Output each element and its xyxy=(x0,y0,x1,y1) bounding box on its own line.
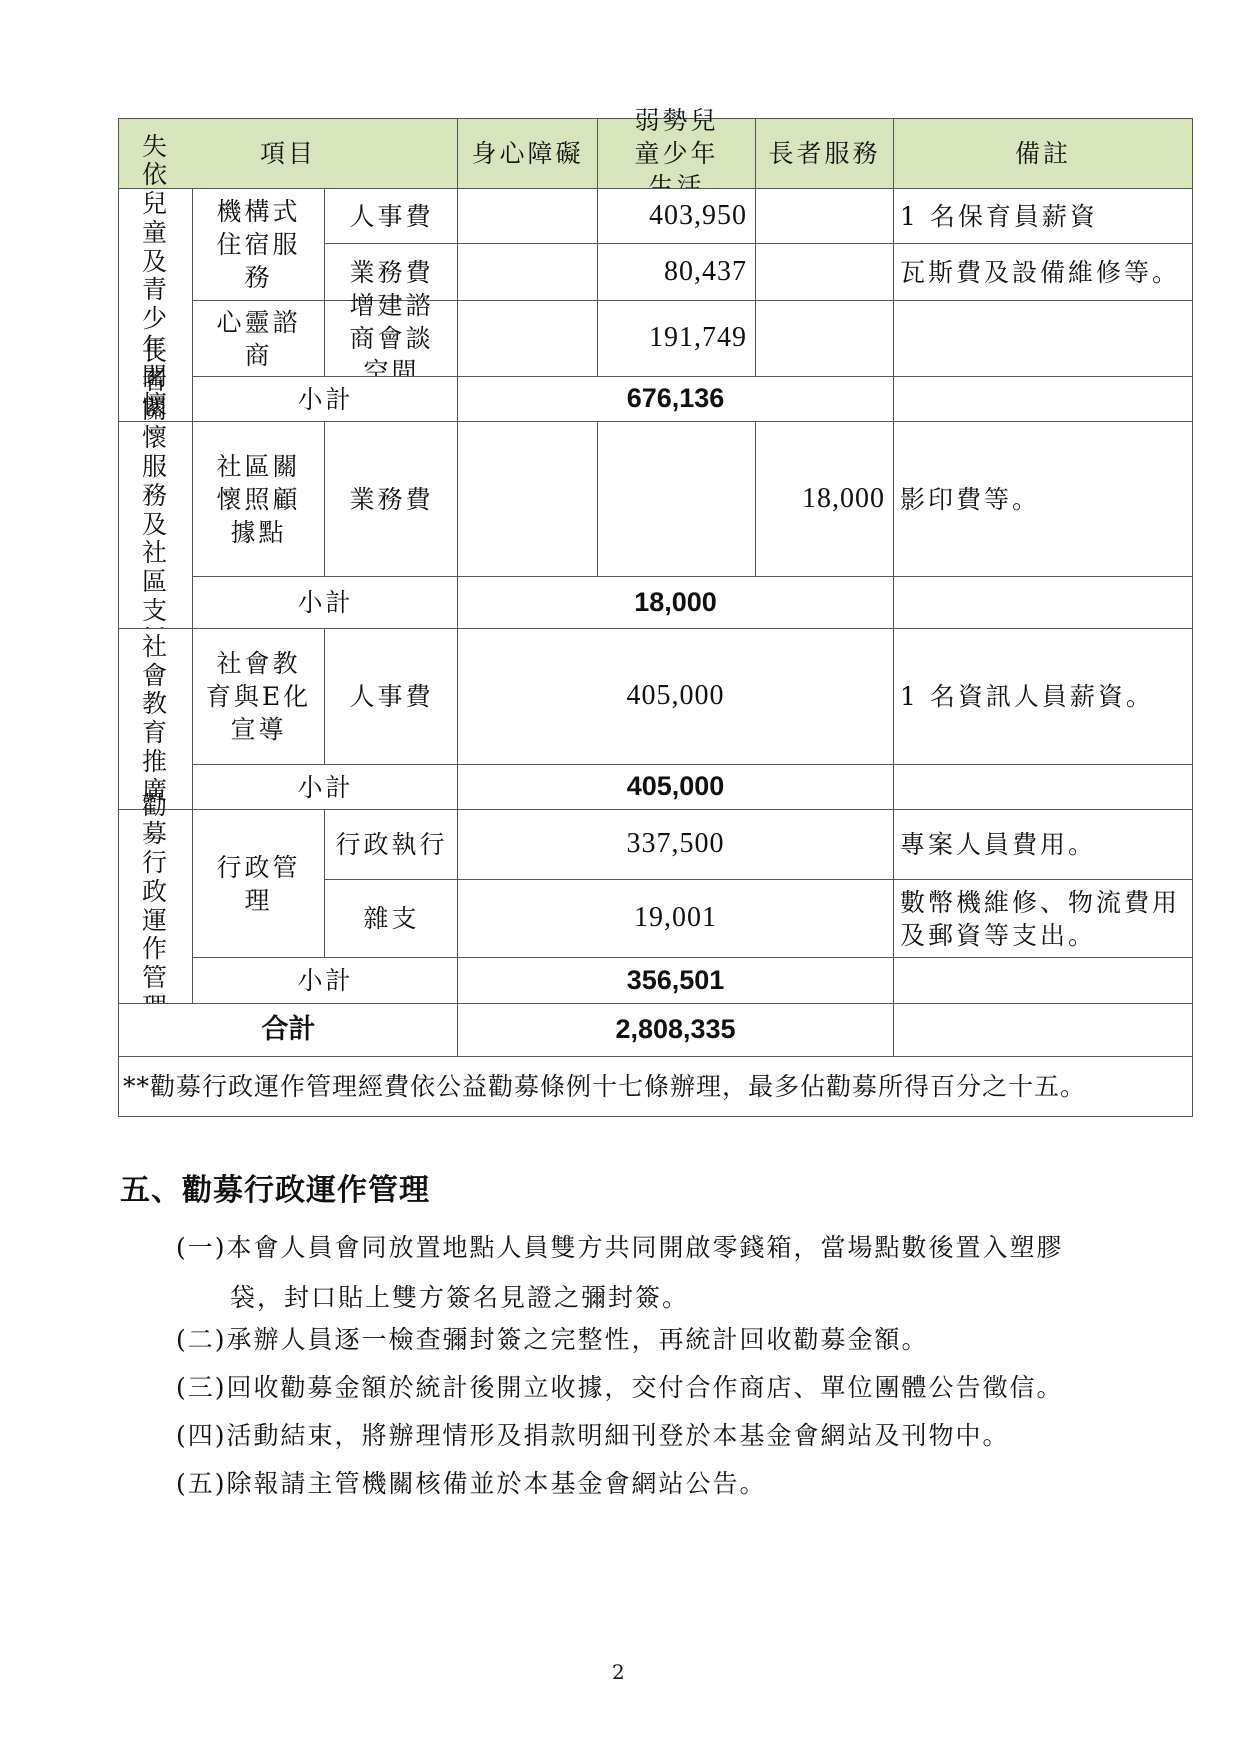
category-label: 業務費 xyxy=(349,483,433,516)
amount-value: 19,001 xyxy=(634,900,717,937)
disability-amount xyxy=(457,300,598,377)
section-5-item-4: (四)活動結束，將辦理情形及捐款明細刊登於本基金會網站及刊物中。 xyxy=(176,1416,1010,1452)
subtotal-label-cell: 小計 xyxy=(192,957,459,1004)
merged-amount: 19,001 xyxy=(457,879,894,958)
program-cell: 心靈諮商 xyxy=(192,300,325,377)
category-cell: 業務費 xyxy=(324,421,459,577)
category-label: 人事費 xyxy=(349,680,433,713)
amount-value: 337,500 xyxy=(627,826,725,863)
item-text: (二)承辦人員逐一檢查彌封簽之完整性，再統計回收勸募金額。 xyxy=(176,1325,929,1354)
subtotal-value: 356,501 xyxy=(627,963,725,999)
program-label: 行政管理 xyxy=(204,851,314,917)
section-5-item-3: (三)回收勸募金額於統計後開立收據，交付合作商店、單位團體公告徵信。 xyxy=(176,1368,1064,1404)
section-name: 勸募行政運作管理 xyxy=(118,809,193,1004)
program-label: 心靈諮商 xyxy=(204,306,314,372)
disability-amount xyxy=(457,188,598,244)
section-5-item-1: (一)本會人員會同放置地點人員雙方共同開啟零錢箱，當場點數後置入塑膠 袋，封口貼… xyxy=(176,1228,1064,1314)
subtotal-label: 小計 xyxy=(297,383,353,416)
subtotal-value: 676,136 xyxy=(627,381,725,417)
section-name: 社會教育推廣 xyxy=(118,628,193,810)
category-cell: 增建諮商會談空間 xyxy=(324,300,459,377)
amount-value: 191,749 xyxy=(649,320,747,357)
subtotal-value: 405,000 xyxy=(627,769,725,805)
remark-cell xyxy=(893,764,1193,810)
children-amount: 80,437 xyxy=(597,243,756,301)
program-cell: 行政管理 xyxy=(192,809,325,958)
children-amount xyxy=(597,421,756,577)
subtotal-amount: 356,501 xyxy=(457,957,894,1004)
item-text-continued: 袋，封口貼上雙方簽名見證之彌封簽。 xyxy=(176,1278,1064,1314)
remark-cell: 影印費等。 xyxy=(893,421,1193,577)
section-name-label: 勸募行政運作管理 xyxy=(130,792,182,1022)
children-amount: 191,749 xyxy=(597,300,756,377)
merged-amount: 337,500 xyxy=(457,809,894,880)
category-label: 雜支 xyxy=(363,902,419,935)
subtotal-value: 18,000 xyxy=(634,585,717,621)
item-text: (三)回收勸募金額於統計後開立收據，交付合作商店、單位團體公告徵信。 xyxy=(176,1373,1064,1402)
disability-amount xyxy=(457,243,598,301)
remark-text: 影印費等。 xyxy=(900,483,1040,516)
subtotal-amount: 676,136 xyxy=(457,376,894,422)
subtotal-label: 小計 xyxy=(297,771,353,804)
subtotal-label-cell: 小計 xyxy=(192,576,459,629)
elderly-amount xyxy=(755,300,894,377)
elderly-amount xyxy=(755,188,894,244)
disability-amount xyxy=(457,421,598,577)
header-elderly: 長者服務 xyxy=(755,118,894,189)
section-name: 長者關懷服務及社區支援系統 xyxy=(118,421,193,629)
section-5-title: 五、勸募行政運作管理 xyxy=(120,1165,430,1209)
category-cell: 人事費 xyxy=(324,188,459,244)
remark-cell: 專案人員費用。 xyxy=(893,809,1193,880)
remark-text: 1 名保育員薪資 xyxy=(900,200,1098,233)
header-disability-label: 身心障礙 xyxy=(471,137,583,170)
section-5-item-5: (五)除報請主管機關核備並於本基金會網站公告。 xyxy=(176,1464,767,1500)
program-cell: 社會教育與E化宣導 xyxy=(192,628,325,765)
remark-cell xyxy=(893,376,1193,422)
page-number: 2 xyxy=(612,1660,625,1684)
children-amount: 403,950 xyxy=(597,188,756,244)
category-cell: 雜支 xyxy=(324,879,459,958)
subtotal-label: 小計 xyxy=(297,586,353,619)
total-label-cell: 合計 xyxy=(118,1003,459,1057)
item-text: (五)除報請主管機關核備並於本基金會網站公告。 xyxy=(176,1469,767,1498)
header-remarks-label: 備註 xyxy=(1015,137,1071,170)
category-label: 行政執行 xyxy=(335,828,447,861)
total-amount: 2,808,335 xyxy=(457,1003,894,1057)
item-text: (一)本會人員會同放置地點人員雙方共同開啟零錢箱，當場點數後置入塑膠 xyxy=(176,1233,1064,1262)
remark-cell: 1 名保育員薪資 xyxy=(893,188,1193,244)
header-remarks: 備註 xyxy=(893,118,1193,189)
program-label: 機構式住宿服務 xyxy=(204,195,314,294)
remark-text: 專案人員費用。 xyxy=(900,828,1096,861)
category-cell: 行政執行 xyxy=(324,809,459,880)
table-footnote: **勸募行政運作管理經費依公益勸募條例十七條辦理，最多佔勸募所得百分之十五。 xyxy=(118,1056,1193,1117)
remark-cell xyxy=(893,300,1193,377)
amount-value: 80,437 xyxy=(664,254,747,291)
amount-value: 403,950 xyxy=(649,198,747,235)
category-label: 人事費 xyxy=(349,200,433,233)
footnote-text: **勸募行政運作管理經費依公益勸募條例十七條辦理，最多佔勸募所得百分之十五。 xyxy=(123,1070,1086,1103)
section-5-item-2: (二)承辦人員逐一檢查彌封簽之完整性，再統計回收勸募金額。 xyxy=(176,1320,929,1356)
remark-text: 瓦斯費及設備維修等。 xyxy=(900,256,1180,289)
category-label: 增建諮商會談空間 xyxy=(337,289,447,388)
subtotal-amount: 405,000 xyxy=(457,764,894,810)
elderly-amount: 18,000 xyxy=(755,421,894,577)
header-item-label: 項目 xyxy=(260,137,316,170)
amount-value: 405,000 xyxy=(627,678,725,715)
amount-value: 18,000 xyxy=(802,481,885,518)
program-label: 社會教育與E化宣導 xyxy=(204,647,314,746)
remark-cell: 1 名資訊人員薪資。 xyxy=(893,628,1193,765)
subtotal-label-cell: 小計 xyxy=(192,764,459,810)
remark-text: 數幣機維修、物流費用及郵資等支出。 xyxy=(900,886,1188,952)
remark-cell xyxy=(893,576,1193,629)
merged-amount: 405,000 xyxy=(457,628,894,765)
remark-cell xyxy=(893,1003,1193,1057)
remark-cell xyxy=(893,957,1193,1004)
program-cell: 社區關懷照顧據點 xyxy=(192,421,325,577)
subtotal-amount: 18,000 xyxy=(457,576,894,629)
total-value: 2,808,335 xyxy=(615,1012,735,1048)
section-name-label: 社會教育推廣 xyxy=(130,633,182,806)
total-label: 合計 xyxy=(262,1012,316,1048)
header-children: 弱勢兒童少年生活 xyxy=(597,118,756,189)
header-disability: 身心障礙 xyxy=(457,118,598,189)
program-cell: 機構式住宿服務 xyxy=(192,188,325,301)
subtotal-label: 小計 xyxy=(297,964,353,997)
subtotal-label-cell: 小計 xyxy=(192,376,459,422)
header-elderly-label: 長者服務 xyxy=(768,137,880,170)
remark-text: 1 名資訊人員薪資。 xyxy=(900,680,1154,713)
item-text: (四)活動結束，將辦理情形及捐款明細刊登於本基金會網站及刊物中。 xyxy=(176,1421,1010,1450)
category-cell: 人事費 xyxy=(324,628,459,765)
remark-cell: 數幣機維修、物流費用及郵資等支出。 xyxy=(893,879,1193,958)
remark-cell: 瓦斯費及設備維修等。 xyxy=(893,243,1193,301)
program-label: 社區關懷照顧據點 xyxy=(204,450,314,549)
category-label: 業務費 xyxy=(349,256,433,289)
elderly-amount xyxy=(755,243,894,301)
